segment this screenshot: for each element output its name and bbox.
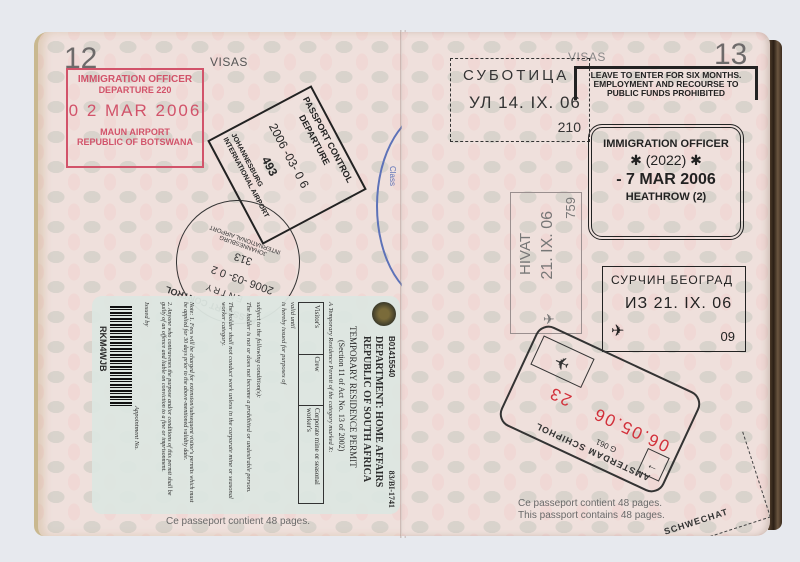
stamp-number: 210 xyxy=(558,119,581,135)
stamp-number: (2022) xyxy=(646,152,686,168)
left-page: 12 VISAS IMMIGRATION OFFICER DEPARTURE 2… xyxy=(34,32,410,536)
stamp-city: СУРЧИН БЕОГРАД xyxy=(611,273,733,287)
stamp-rivat: HIVAT 21. IX. 06 759 ✈ xyxy=(510,192,582,334)
permit-conditions-heading: subject to the following condition(s): xyxy=(255,302,262,398)
stamp-number: 313 xyxy=(233,250,254,268)
stamp-line: MAUN AIRPORT xyxy=(68,127,202,137)
permit-condition: The holder is not or does not become a p… xyxy=(245,302,252,507)
stamp-date: 21. IX. 06 xyxy=(539,211,557,280)
star-icon: ✱ xyxy=(630,152,642,168)
stamp-city: СУБОТИЦА xyxy=(463,67,569,84)
page-footer-fr: Ce passeport contient 48 pages. xyxy=(518,498,662,509)
stamp-number: 493 xyxy=(259,154,281,178)
stamp-line: PUBLIC FUNDS PROHIBITED xyxy=(577,89,755,98)
stamp-number: 23 xyxy=(546,382,575,410)
stamp-number: 09 xyxy=(721,329,735,344)
stamp-class-label: Class xyxy=(388,166,397,186)
airplane-icon: ✈ xyxy=(611,321,624,341)
stamp-place: HEATHROW (2) xyxy=(592,191,740,203)
stamp-text: SCHWECHAT xyxy=(663,507,730,536)
permit-title: TEMPORARY RESIDENCE PERMIT xyxy=(348,326,358,468)
coat-of-arms-icon xyxy=(372,302,396,326)
stamp-line: IMMIGRATION OFFICER xyxy=(68,74,202,85)
page-footer-en: This passport contains 48 pages. xyxy=(518,510,665,521)
stamp-subotica: СУБОТИЦА УЛ 14. IX. 06 210 xyxy=(450,58,590,142)
temporary-residence-permit: B01415540 83/BI-1741 DEPARTMENT: HOME AF… xyxy=(92,296,400,514)
stamp-botswana: IMMIGRATION OFFICER DEPARTURE 220 0 2 MA… xyxy=(66,68,204,168)
stamp-city: HIVAT xyxy=(517,233,534,275)
page-footer: Ce passeport contient 48 pages. xyxy=(166,516,310,527)
page-header: VISAS xyxy=(210,55,248,69)
stamp-date: - 7 MAR 2006 xyxy=(592,171,740,189)
stamp-uk-leave-to-enter: LEAVE TO ENTER FOR SIX MONTHS. EMPLOYMEN… xyxy=(574,66,758,100)
permit-category-crew: Crew xyxy=(299,355,323,407)
stamp-date: УЛ 14. IX. 06 xyxy=(469,93,581,113)
stamp-date: ИЗ 21. IX. 06 xyxy=(625,295,732,313)
barcode xyxy=(110,306,132,406)
stamp-date: 0 2 MAR 2006 xyxy=(68,101,202,121)
permit-category-visitor: Visitor's xyxy=(299,303,323,355)
stamp-heathrow: IMMIGRATION OFFICER ✱ (2022) ✱ - 7 MAR 2… xyxy=(588,124,744,240)
stamp-number: 759 xyxy=(563,197,578,219)
permit-category-corporate: Corporate mine or seasonal worker's xyxy=(299,406,323,503)
stamp-surcin-beograd: СУРЧИН БЕОГРАД ИЗ 21. IX. 06 ✈ 09 xyxy=(602,266,746,352)
permit-appointment: Appointment No. xyxy=(133,406,140,450)
stamp-line: REPUBLIC OF BOTSWANA xyxy=(68,137,202,147)
stamp-title: IMMIGRATION OFFICER xyxy=(592,138,740,150)
permit-intro: A Temporary Residence Permit of the cate… xyxy=(327,302,334,453)
permit-issued-by: Issued by xyxy=(143,302,150,326)
permit-note: 2. Anyone who contravenes the purpose an… xyxy=(160,302,172,507)
permit-condition: The holder shall not conduct work unless… xyxy=(220,302,234,507)
permit-issued-line: is hereby issued for purposes of xyxy=(280,302,287,384)
permit-serial: B01415540 xyxy=(387,336,396,377)
right-page: 13 VISAS СУБОТИЦА УЛ 14. IX. 06 210 LEAV… xyxy=(402,32,770,536)
barcode-text: RKM4WJB xyxy=(98,326,108,372)
permit-note: Note: 1. Fees will be charged for extens… xyxy=(182,302,194,507)
permit-reference: 83/BI-1741 xyxy=(387,471,396,508)
permit-country: REPUBLIC OF SOUTH AFRICA xyxy=(361,336,372,482)
star-icon: ✱ xyxy=(690,152,702,168)
permit-department: DEPARTMENT: HOME AFFAIRS xyxy=(373,336,384,487)
stamp-line: DEPARTURE 220 xyxy=(68,85,202,95)
book-edge xyxy=(768,40,782,530)
airplane-icon: ✈ xyxy=(530,335,594,388)
permit-section: (Section 11 of Act No. 13 of 2002) xyxy=(337,340,346,451)
permit-valid-line: valid until xyxy=(289,302,296,329)
